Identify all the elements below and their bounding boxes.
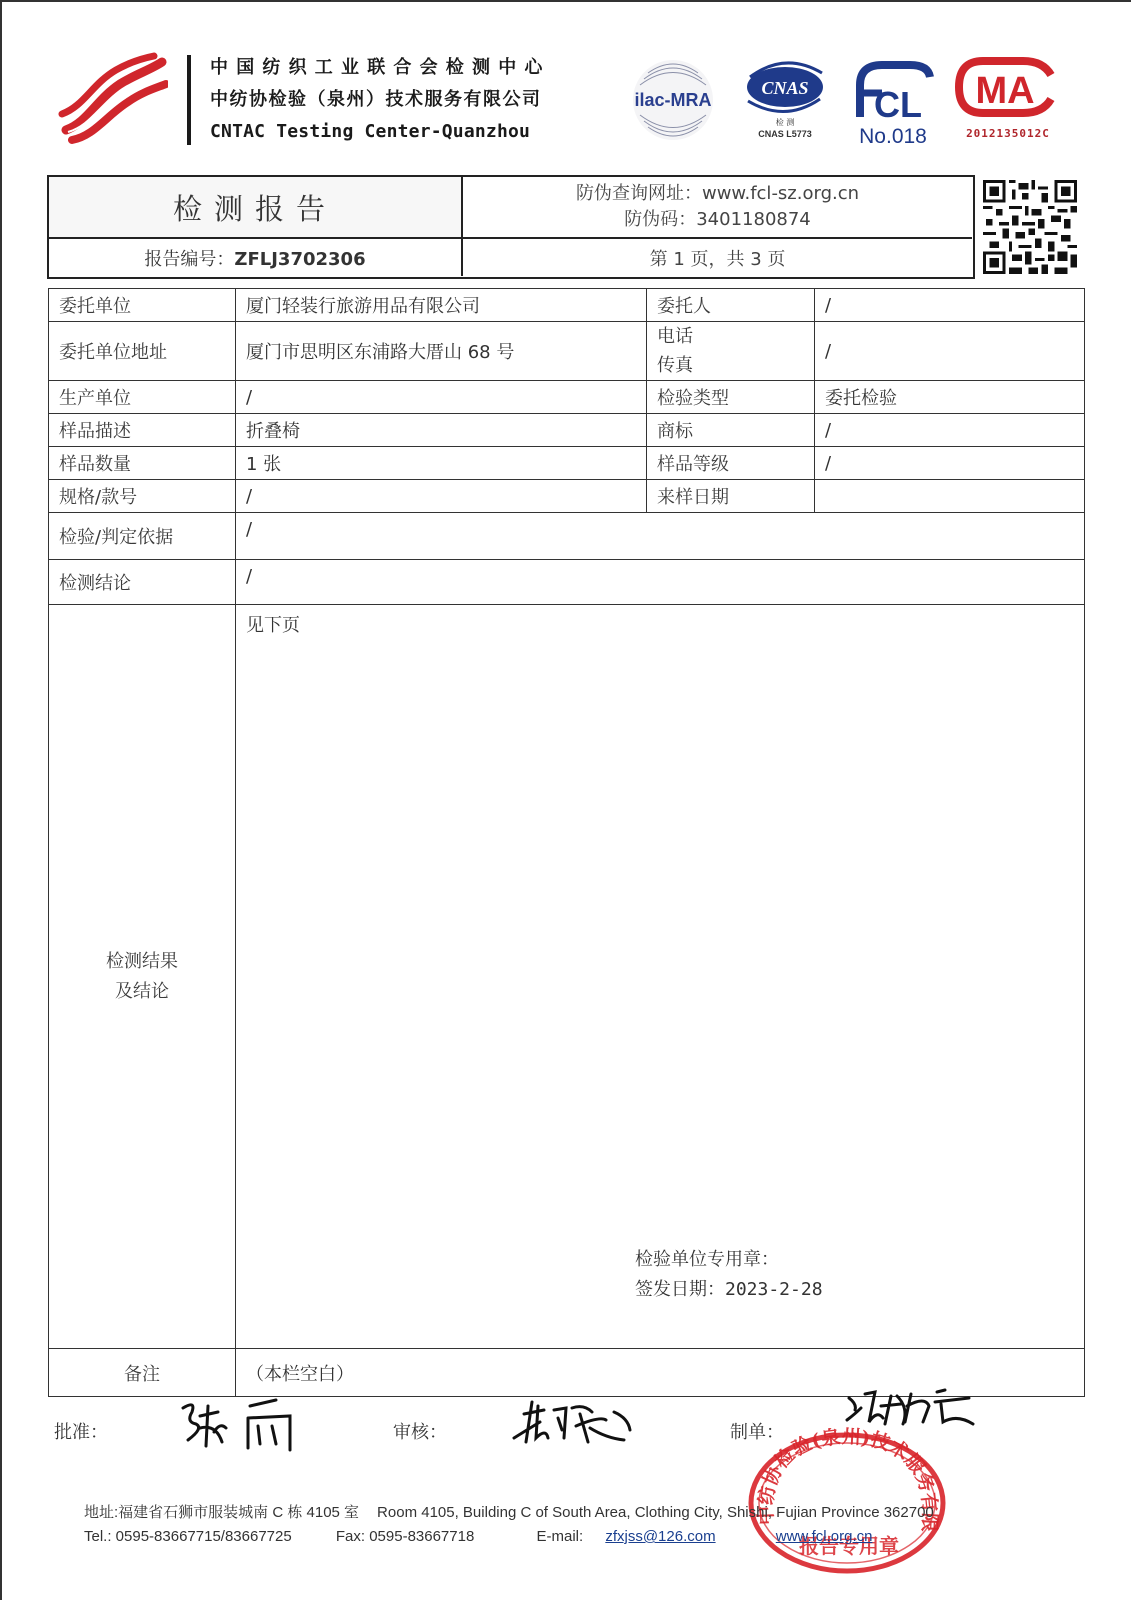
sample-desc-label: 样品描述 <box>49 414 236 447</box>
header-divider <box>187 55 191 145</box>
result-label: 检测结果 及结论 <box>49 605 236 1349</box>
result-text: 见下页 <box>246 611 1074 637</box>
svg-text:检 测: 检 测 <box>776 117 795 127</box>
svg-text:CL: CL <box>874 84 922 125</box>
footer-address-cn: 地址:福建省石狮市服装城南 C 栋 4105 室 <box>84 1504 359 1521</box>
verify-url-line: 防伪查询网址：www.fcl-sz.org.cn <box>576 181 859 207</box>
stamp-block: 检验单位专用章： 签发日期：2023-2-28 <box>635 1245 823 1305</box>
client-value: 厦门轻装行旅游用品有限公司 <box>236 289 647 322</box>
approver-signature-icon <box>178 1398 303 1453</box>
official-seal-icon: 中纺协检验(泉州)技术服务有限公司 报告专用章 <box>745 1425 955 1575</box>
test-type-label: 检验类型 <box>647 381 815 414</box>
footer-website-link[interactable]: www.fcl.org.cn <box>776 1528 873 1545</box>
spec-label: 规格/款号 <box>49 480 236 513</box>
svg-text:MA: MA <box>975 70 1034 112</box>
table-row: 委托单位地址 厦门市思明区东浦路大厝山 68 号 电话 传真 / <box>49 322 1085 381</box>
verify-url[interactable]: www.fcl-sz.org.cn <box>702 183 859 204</box>
table-row: 样品数量 1 张 样品等级 / <box>49 447 1085 480</box>
verify-url-label: 防伪查询网址： <box>576 183 702 204</box>
report-title-box: 检测报告 防伪查询网址：www.fcl-sz.org.cn 防伪码：340118… <box>47 175 975 279</box>
phone-fax-value: / <box>815 322 1085 381</box>
client-label: 委托单位 <box>49 289 236 322</box>
sample-date-value <box>815 480 1085 513</box>
trademark-label: 商标 <box>647 414 815 447</box>
svg-text:2012135012C: 2012135012C <box>966 127 1050 140</box>
qr-code-icon[interactable] <box>983 180 1077 274</box>
approve-label: 批准： <box>54 1418 108 1444</box>
result-label-line1: 检测结果 <box>59 947 225 977</box>
issue-date-label: 签发日期： <box>635 1279 725 1300</box>
footer-address-en: Room 4105, Building C of South Area, Clo… <box>377 1504 934 1521</box>
footer-email-label: E-mail: <box>536 1528 587 1545</box>
table-row: 检测结论 / <box>49 560 1085 605</box>
table-row: 样品描述 折叠椅 商标 / <box>49 414 1085 447</box>
svg-text:ilac-MRA: ilac-MRA <box>634 90 711 110</box>
footer-fax: Fax: 0595-83667718 <box>336 1528 474 1545</box>
ilac-mra-badge-icon: ilac-MRA <box>628 55 718 150</box>
trademark-value: / <box>815 414 1085 447</box>
footer-address-line: 地址:福建省石狮市服装城南 C 栋 4105 室Room 4105, Build… <box>84 1501 952 1525</box>
org-name-line1: 中国纺织工业联合会检测中心 <box>210 54 551 86</box>
report-number: 报告编号：ZFLJ3702306 <box>49 237 461 276</box>
sample-date-label: 来样日期 <box>647 480 815 513</box>
table-row: 委托单位 厦门轻装行旅游用品有限公司 委托人 / <box>49 289 1085 322</box>
table-row: 生产单位 / 检验类型 委托检验 <box>49 381 1085 414</box>
svg-text:No.018: No.018 <box>859 125 927 148</box>
footer: 地址:福建省石狮市服装城南 C 栋 4105 室Room 4105, Build… <box>84 1525 952 1549</box>
report-title: 检测报告 <box>49 177 461 237</box>
page-info: 第 1 页，共 3 页 <box>461 237 972 276</box>
organization-name: 中国纺织工业联合会检测中心 中纺协检验（泉州）技术服务有限公司 CNTAC Te… <box>210 54 551 150</box>
report-number-label: 报告编号： <box>144 249 234 270</box>
phone-fax-label: 电话 传真 <box>647 322 815 381</box>
producer-label: 生产单位 <box>49 381 236 414</box>
conclusion-value: / <box>236 560 1085 605</box>
report-number-value: ZFLJ3702306 <box>234 249 365 270</box>
basis-value: / <box>236 513 1085 560</box>
producer-value: / <box>236 381 647 414</box>
conclusion-label: 检测结论 <box>49 560 236 605</box>
cma-badge-icon: MA 2012135012C <box>953 55 1063 150</box>
issue-date-line: 签发日期：2023-2-28 <box>635 1275 823 1305</box>
test-type-value: 委托检验 <box>815 381 1085 414</box>
review-label: 审核： <box>393 1418 447 1444</box>
reviewer-signature-icon <box>510 1398 645 1448</box>
report-info-table: 委托单位 厦门轻装行旅游用品有限公司 委托人 / 委托单位地址 厦门市思明区东浦… <box>48 288 1085 1397</box>
address-label: 委托单位地址 <box>49 322 236 381</box>
remark-label: 备注 <box>49 1349 236 1397</box>
fcl-badge-icon: CL No.018 <box>848 55 938 150</box>
issue-date-value: 2023-2-28 <box>725 1279 823 1300</box>
sample-grade-value: / <box>815 447 1085 480</box>
sample-grade-label: 样品等级 <box>647 447 815 480</box>
stamp-label: 检验单位专用章： <box>635 1245 823 1275</box>
sample-desc-value: 折叠椅 <box>236 414 647 447</box>
basis-label: 检验/判定依据 <box>49 513 236 560</box>
fax-label: 传真 <box>657 351 804 380</box>
client-person-value: / <box>815 289 1085 322</box>
verify-code: 3401180874 <box>696 209 811 230</box>
result-value: 见下页 检验单位专用章： 签发日期：2023-2-28 <box>236 605 1085 1349</box>
verify-code-line: 防伪码：3401180874 <box>624 207 811 233</box>
cntac-logo-icon <box>58 52 168 147</box>
verification-info: 防伪查询网址：www.fcl-sz.org.cn 防伪码：3401180874 <box>461 177 972 237</box>
result-label-line2: 及结论 <box>59 977 225 1007</box>
org-name-line2: 中纺协检验（泉州）技术服务有限公司 <box>210 86 551 118</box>
footer-contact-line: Tel.: 0595-83667715/83667725 Fax: 0595-8… <box>84 1525 952 1549</box>
spec-value: / <box>236 480 647 513</box>
cnas-badge-icon: CNAS 检 测 CNAS L5773 <box>740 55 830 150</box>
footer-tel: Tel.: 0595-83667715/83667725 <box>84 1528 292 1545</box>
phone-label: 电话 <box>657 322 804 351</box>
address-value: 厦门市思明区东浦路大厝山 68 号 <box>236 322 647 381</box>
footer-email-link[interactable]: zfxjss@126.com <box>605 1528 715 1545</box>
sample-qty-label: 样品数量 <box>49 447 236 480</box>
svg-text:CNAS L5773: CNAS L5773 <box>758 129 812 139</box>
client-person-label: 委托人 <box>647 289 815 322</box>
table-row: 检测结果 及结论 见下页 检验单位专用章： 签发日期：2023-2-28 <box>49 605 1085 1349</box>
verify-code-label: 防伪码： <box>624 209 696 230</box>
sample-qty-value: 1 张 <box>236 447 647 480</box>
org-name-line3: CNTAC Testing Center-Quanzhou <box>210 118 551 150</box>
svg-text:CNAS: CNAS <box>761 78 808 98</box>
table-row: 规格/款号 / 来样日期 <box>49 480 1085 513</box>
signature-row: 批准： 审核： 制单： <box>0 1398 1131 1458</box>
table-row: 检验/判定依据 / <box>49 513 1085 560</box>
